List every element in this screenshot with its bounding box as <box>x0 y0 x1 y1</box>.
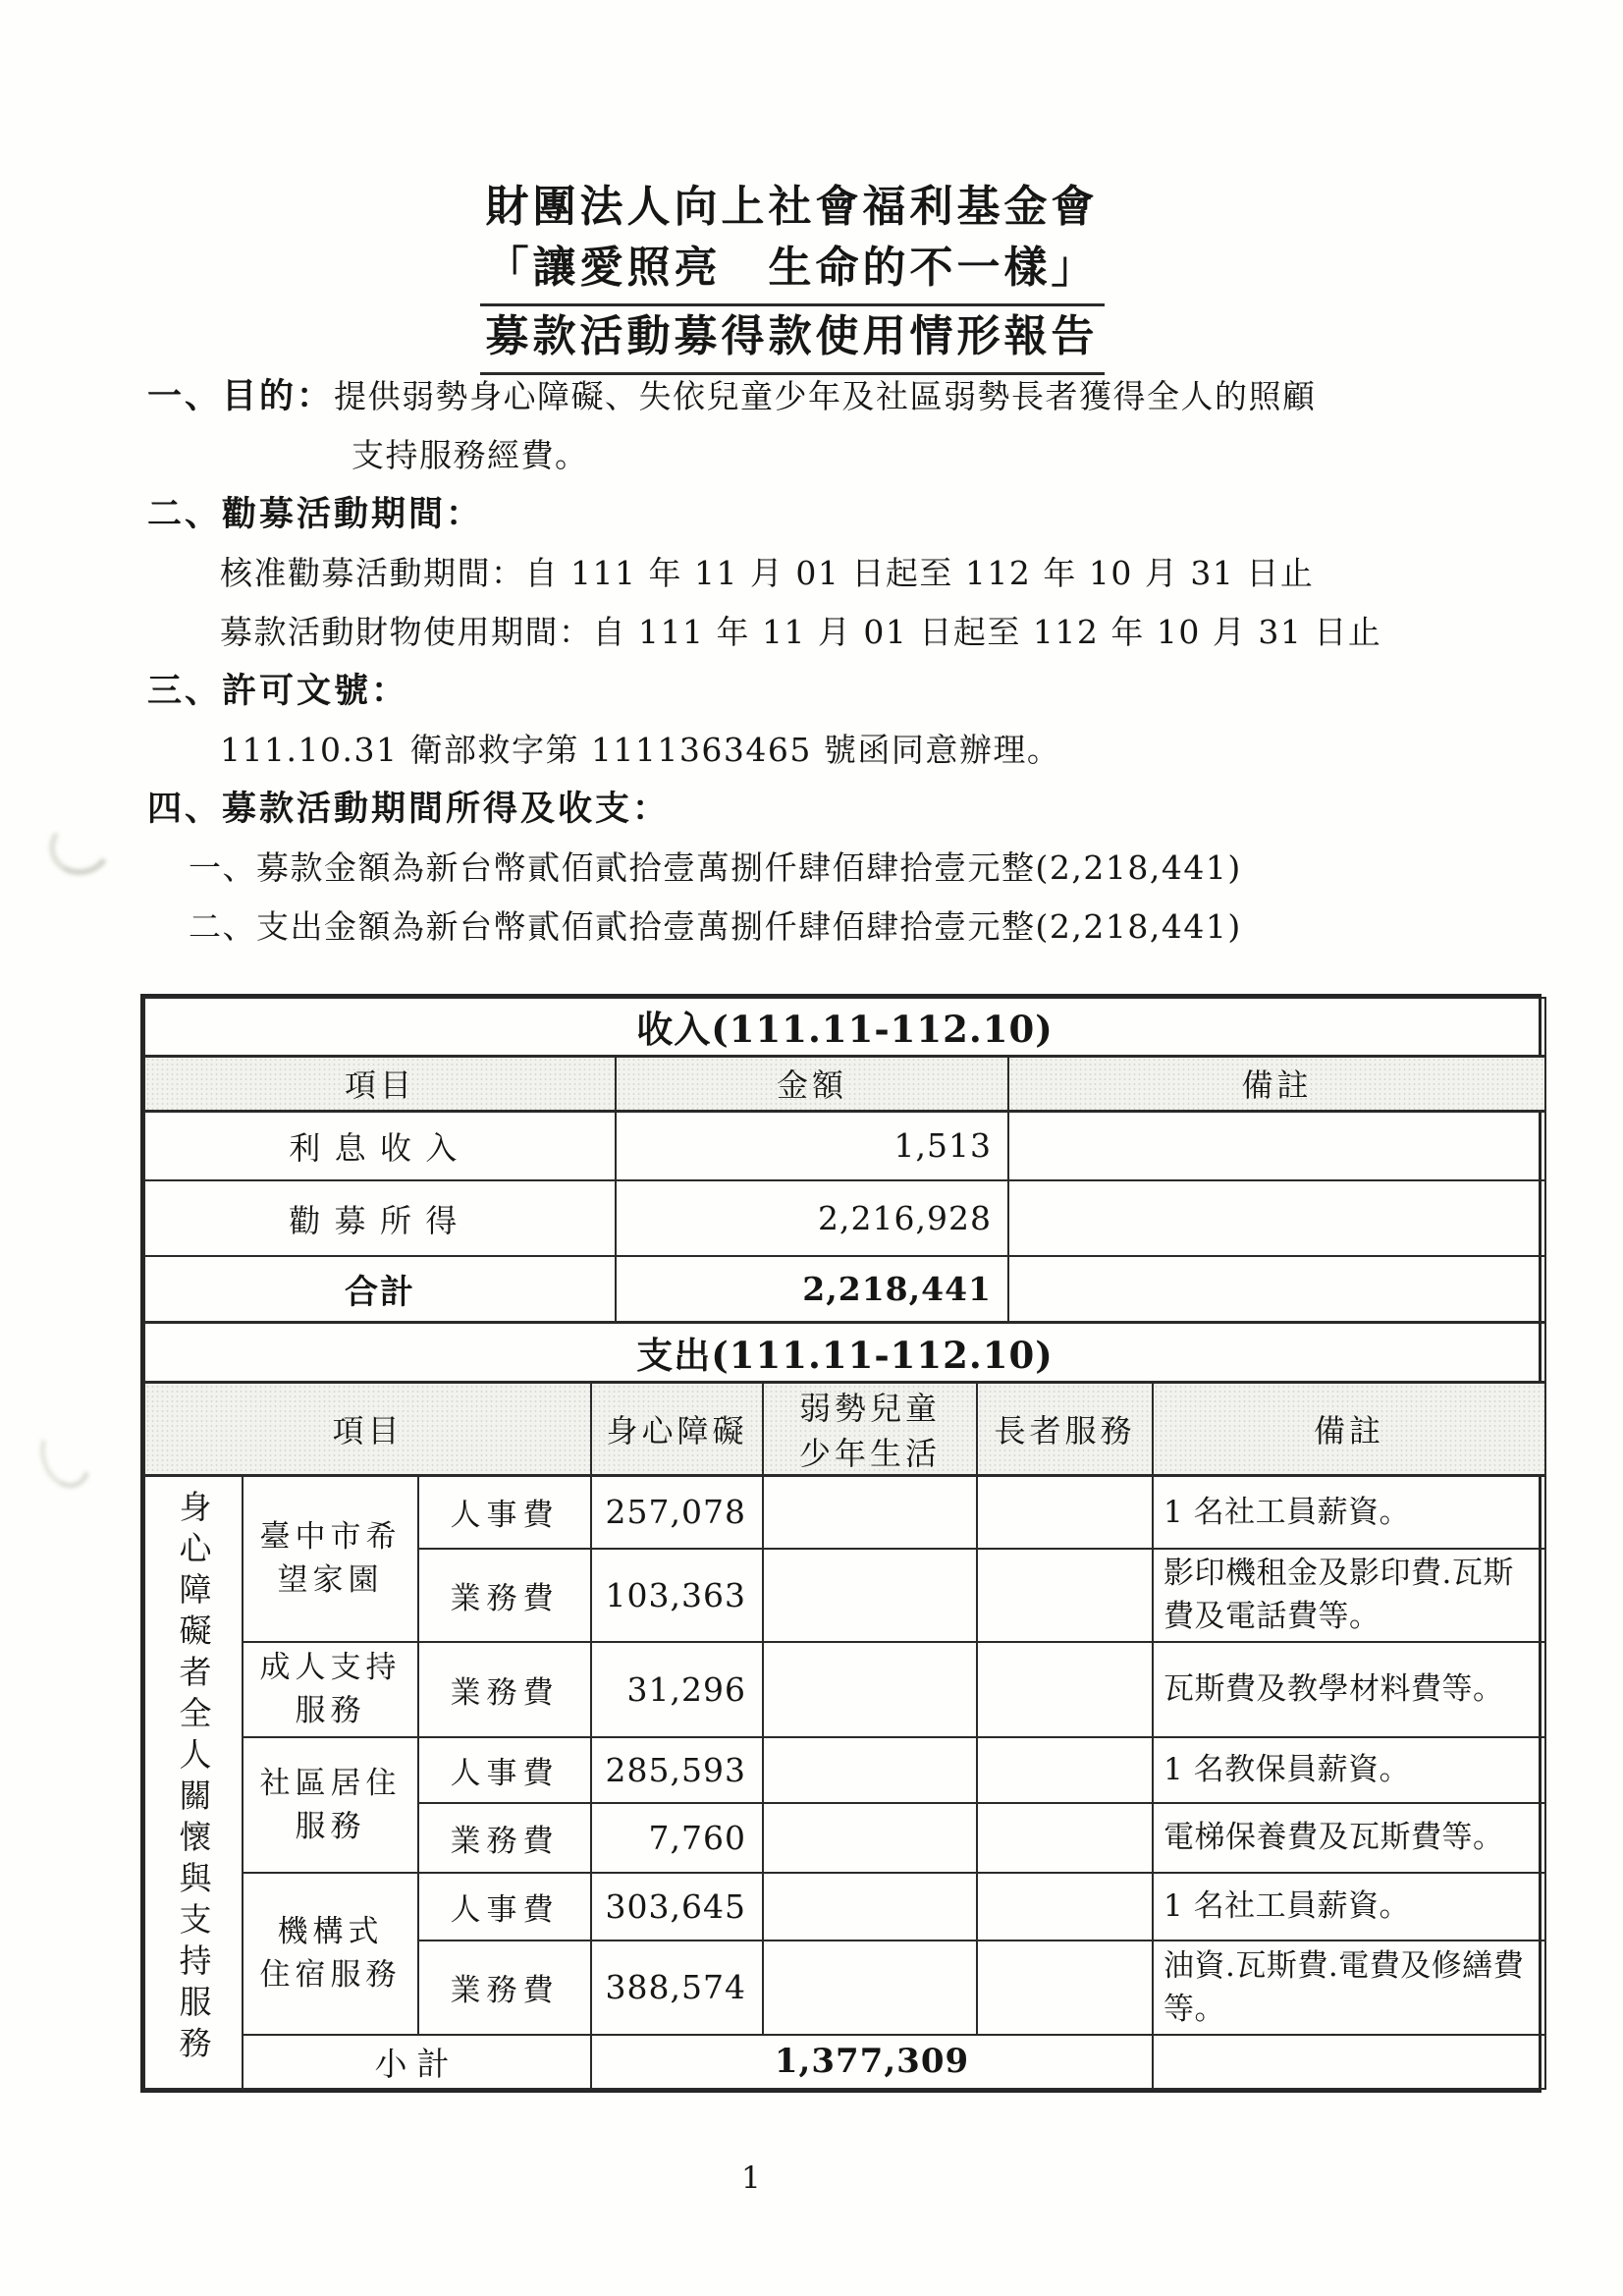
expense-amount-child <box>763 1941 977 2035</box>
expense-subtotal-note <box>1153 2035 1545 2089</box>
expense-amount-disability: 303,645 <box>591 1873 763 1941</box>
expense-fee-type: 業務費 <box>418 1941 591 2035</box>
expense-note: 電梯保養費及瓦斯費等。 <box>1153 1803 1545 1873</box>
section-period-label: 二、勸募活動期間： <box>147 494 483 534</box>
income-item-label: 勸募所得 <box>144 1180 616 1256</box>
org-line: 住宿服務 <box>243 1953 417 1996</box>
section-purpose-text: 提供弱勢身心障礙、失依兒童少年及社區弱勢長者獲得全人的照顧 <box>334 377 1317 415</box>
expense-header-item: 項目 <box>144 1383 591 1476</box>
expense-note: 瓦斯費及教學材料費等。 <box>1153 1642 1545 1737</box>
expense-amount-elder <box>977 1549 1153 1642</box>
income-table: 收入(111.11-112.10) 項目 金額 備註 利息收入 1,513 勸募… <box>143 997 1546 1324</box>
expense-amount-elder <box>977 1941 1153 2035</box>
expense-category-cell: 身心障礙者全人關懷與支持服務 <box>144 1476 243 2089</box>
expense-header-child-line2: 少年生活 <box>764 1429 976 1474</box>
expense-amount-child <box>763 1642 977 1737</box>
expense-org-community-housing: 社區居住 服務 <box>243 1737 418 1873</box>
section-permit: 三、許可文號： <box>147 662 1542 721</box>
expense-fee-type: 業務費 <box>418 1642 591 1737</box>
expense-amount-child <box>763 1549 977 1642</box>
expense-amount-disability: 257,078 <box>591 1476 763 1549</box>
expense-subtotal-label: 小計 <box>243 2035 591 2089</box>
scan-artifact-crescent-bottom <box>31 1417 100 1495</box>
income-total-note <box>1008 1256 1545 1322</box>
income-header-amount: 金額 <box>616 1056 1008 1111</box>
expense-amount-disability: 31,296 <box>591 1642 763 1737</box>
expense-amount-child <box>763 1737 977 1803</box>
expense-table: 支出(111.11-112.10) 項目 身心障礙 弱勢兒童 少年生活 長者服務… <box>143 1322 1546 2090</box>
expense-amount-elder <box>977 1803 1153 1873</box>
section-permit-label: 三、許可文號： <box>147 671 408 711</box>
expense-header-child: 弱勢兒童 少年生活 <box>763 1383 977 1476</box>
expense-note: 1 名教保員薪資。 <box>1153 1737 1545 1803</box>
income-row-total: 合計 2,218,441 <box>144 1256 1545 1322</box>
spent-amount-line: 二、支出金額為新台幣貳佰貳拾壹萬捌仟肆佰肆拾壹元整(2,218,441) <box>147 898 1542 957</box>
income-row-donations: 勸募所得 2,216,928 <box>144 1180 1545 1256</box>
expense-note: 影印機租金及影印費.瓦斯費及電話費等。 <box>1153 1549 1545 1642</box>
income-item-amount: 2,216,928 <box>616 1180 1008 1256</box>
expense-note: 1 名社工員薪資。 <box>1153 1873 1545 1941</box>
income-total-amount: 2,218,441 <box>616 1256 1008 1322</box>
section-purpose-text-2: 支持服務經費。 <box>147 426 1542 485</box>
income-table-title: 收入(111.11-112.10) <box>144 998 1545 1056</box>
scan-artifact-crescent-top <box>44 812 118 881</box>
org-line: 服務 <box>243 1689 417 1732</box>
org-line: 成人支持 <box>243 1646 417 1689</box>
expense-fee-type: 人事費 <box>418 1873 591 1941</box>
expense-org-adult-support: 成人支持 服務 <box>243 1642 418 1737</box>
expense-amount-elder <box>977 1476 1153 1549</box>
expense-category-vertical-text: 身心障礙者全人關懷與支持服務 <box>178 1490 210 2067</box>
section-purpose: 一、目的：提供弱勢身心障礙、失依兒童少年及社區弱勢長者獲得全人的照顧 <box>147 367 1542 426</box>
expense-amount-disability: 103,363 <box>591 1549 763 1642</box>
expense-row: 機構式 住宿服務 人事費 303,645 1 名社工員薪資。 <box>144 1873 1545 1941</box>
income-total-label: 合計 <box>144 1256 616 1322</box>
expense-row: 身心障礙者全人關懷與支持服務 臺中市希 望家園 人事費 257,078 1 名社… <box>144 1476 1545 1549</box>
expense-row: 成人支持 服務 業務費 31,296 瓦斯費及教學材料費等。 <box>144 1642 1545 1737</box>
expense-fee-type: 業務費 <box>418 1549 591 1642</box>
expense-row: 社區居住 服務 人事費 285,593 1 名教保員薪資。 <box>144 1737 1545 1803</box>
document-header: 財團法人向上社會福利基金會 「讓愛照亮 生命的不一樣」 募款活動募得款使用情形報… <box>91 177 1492 375</box>
expense-subtotal-amount: 1,377,309 <box>591 2035 1153 2089</box>
expense-header-note: 備註 <box>1153 1383 1545 1476</box>
section-income-expense-label: 四、募款活動期間所得及收支： <box>147 789 670 829</box>
income-header-note: 備註 <box>1008 1056 1545 1111</box>
report-title-line: 募款活動募得款使用情形報告 <box>91 306 1492 375</box>
org-line: 社區居住 <box>243 1762 417 1805</box>
expense-amount-child <box>763 1803 977 1873</box>
expense-amount-elder <box>977 1737 1153 1803</box>
income-item-amount: 1,513 <box>616 1111 1008 1180</box>
income-row-interest: 利息收入 1,513 <box>144 1111 1545 1180</box>
expense-table-title: 支出(111.11-112.10) <box>144 1323 1545 1383</box>
expense-org-hope-home: 臺中市希 望家園 <box>243 1476 418 1642</box>
org-line: 服務 <box>243 1805 417 1848</box>
org-line: 機構式 <box>243 1910 417 1953</box>
section-income-expense: 四、募款活動期間所得及收支： <box>147 780 1542 839</box>
expense-note: 油資.瓦斯費.電費及修繕費等。 <box>1153 1941 1545 2035</box>
org-line: 臺中市希 <box>243 1515 417 1558</box>
page-number: 1 <box>741 2160 761 2196</box>
expense-fee-type: 人事費 <box>418 1476 591 1549</box>
permit-number-line: 111.10.31 衛部救字第 1111363465 號函同意辦理。 <box>147 721 1542 780</box>
expense-amount-disability: 7,760 <box>591 1803 763 1873</box>
expense-header-child-line1: 弱勢兒童 <box>764 1384 976 1429</box>
income-item-label: 利息收入 <box>144 1111 616 1180</box>
usage-period-line: 募款活動財物使用期間：自 111 年 11 月 01 日起至 112 年 10 … <box>147 603 1542 662</box>
document-page: 財團法人向上社會福利基金會 「讓愛照亮 生命的不一樣」 募款活動募得款使用情形報… <box>0 0 1623 2296</box>
org-title: 財團法人向上社會福利基金會 <box>91 177 1492 238</box>
raised-amount-line: 一、募款金額為新台幣貳佰貳拾壹萬捌仟肆佰肆拾壹元整(2,218,441) <box>147 839 1542 898</box>
org-line: 望家園 <box>243 1558 417 1602</box>
approved-period-line: 核准勸募活動期間：自 111 年 11 月 01 日起至 112 年 10 月 … <box>147 544 1542 603</box>
expense-amount-child <box>763 1476 977 1549</box>
expense-amount-elder <box>977 1873 1153 1941</box>
expense-header-disability: 身心障礙 <box>591 1383 763 1476</box>
expense-subtotal-row: 小計 1,377,309 <box>144 2035 1545 2089</box>
section-period: 二、勸募活動期間： <box>147 485 1542 544</box>
section-purpose-label: 一、目的： <box>147 376 334 416</box>
report-tables: 收入(111.11-112.10) 項目 金額 備註 利息收入 1,513 勸募… <box>140 994 1542 2093</box>
body-sections: 一、目的：提供弱勢身心障礙、失依兒童少年及社區弱勢長者獲得全人的照顧 支持服務經… <box>147 367 1542 957</box>
expense-note: 1 名社工員薪資。 <box>1153 1476 1545 1549</box>
expense-org-institutional-residence: 機構式 住宿服務 <box>243 1873 418 2035</box>
expense-header-elder: 長者服務 <box>977 1383 1153 1476</box>
expense-amount-disability: 388,574 <box>591 1941 763 2035</box>
report-title: 募款活動募得款使用情形報告 <box>480 306 1105 375</box>
income-item-note <box>1008 1180 1545 1256</box>
expense-fee-type: 人事費 <box>418 1737 591 1803</box>
expense-amount-child <box>763 1873 977 1941</box>
campaign-title: 「讓愛照亮 生命的不一樣」 <box>480 238 1105 306</box>
expense-amount-elder <box>977 1642 1153 1737</box>
income-header-item: 項目 <box>144 1056 616 1111</box>
expense-fee-type: 業務費 <box>418 1803 591 1873</box>
income-item-note <box>1008 1111 1545 1180</box>
campaign-title-line: 「讓愛照亮 生命的不一樣」 <box>91 238 1492 306</box>
expense-amount-disability: 285,593 <box>591 1737 763 1803</box>
